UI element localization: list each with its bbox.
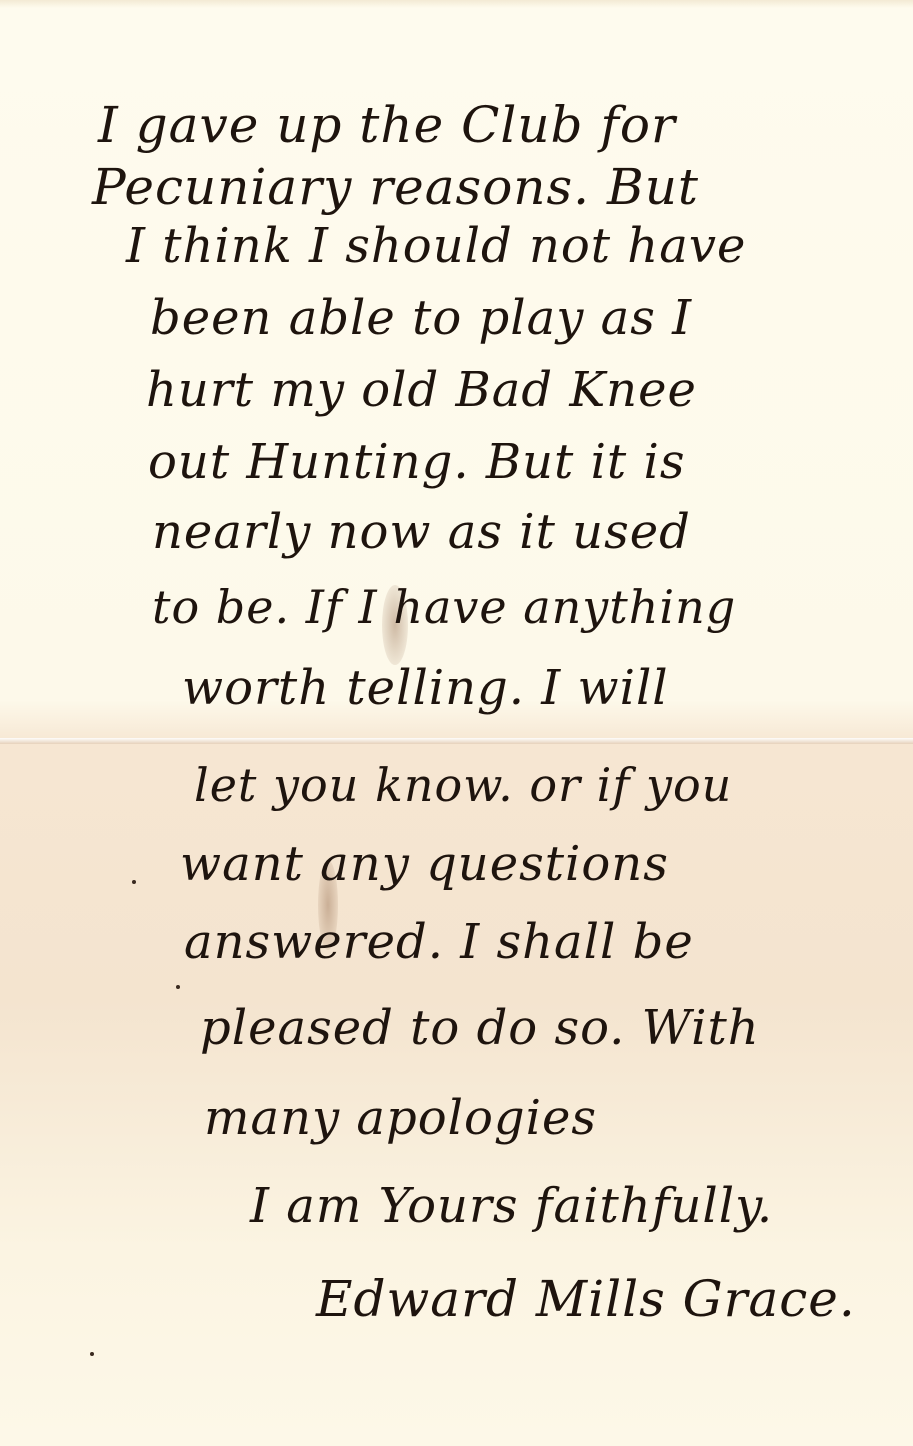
letter-line: many apologies: [204, 1090, 597, 1146]
letter-line: hurt my old Bad Knee: [146, 362, 697, 418]
ink-dot: [132, 880, 136, 884]
letter-line: Pecuniary reasons. But: [92, 158, 699, 216]
letter-line: to be. If I have anything: [152, 580, 736, 634]
letter-line: out Hunting. But it is: [148, 434, 685, 490]
letter-closing: I am Yours faithfully.: [250, 1178, 773, 1234]
paper-top-edge: [0, 0, 913, 8]
letter-line: I think I should not have: [126, 218, 746, 274]
paper-fold-line: [0, 738, 913, 744]
letter-signature: Edward Mills Grace.: [316, 1270, 856, 1328]
ink-dot: [176, 985, 180, 989]
letter-line: I gave up the Club for: [98, 96, 676, 154]
letter-line: worth telling. I will: [182, 660, 669, 716]
letter-line: pleased to do so. With: [200, 1000, 760, 1056]
letter-page: I gave up the Club for Pecuniary reasons…: [0, 0, 913, 1446]
ink-dot: [90, 1352, 94, 1356]
letter-line: nearly now as it used: [152, 504, 691, 560]
letter-line: answered. I shall be: [184, 914, 694, 970]
letter-line: been able to play as I: [150, 290, 692, 346]
letter-line: let you know. or if you: [194, 758, 732, 812]
letter-line: want any questions: [180, 836, 669, 892]
